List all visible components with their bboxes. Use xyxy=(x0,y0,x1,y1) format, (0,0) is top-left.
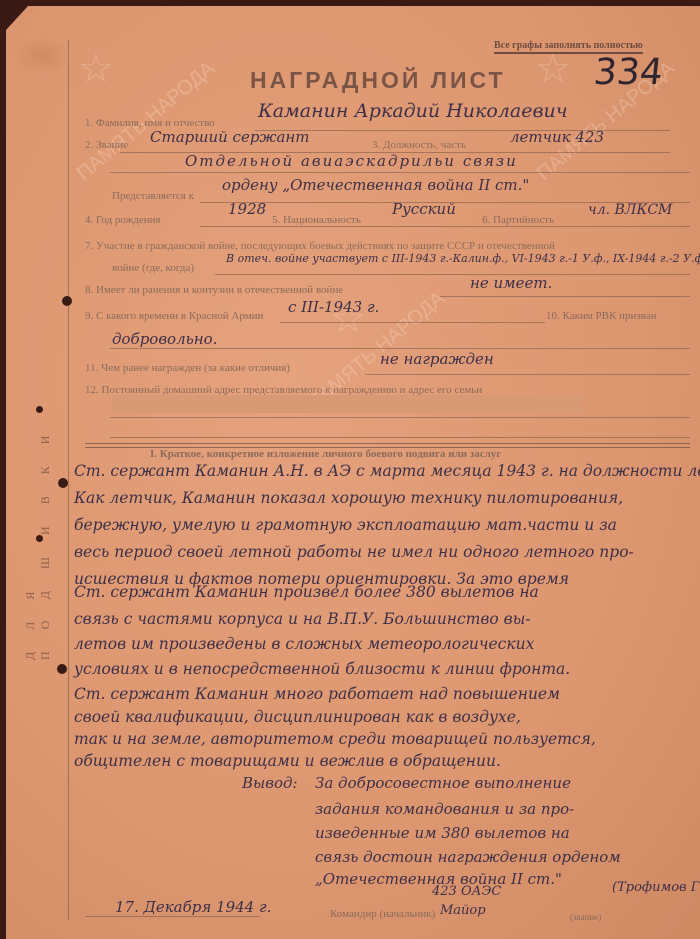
rule xyxy=(110,417,690,418)
field-5-value: Русский xyxy=(392,200,456,218)
field-4-label: 4. Год рождения xyxy=(85,214,161,226)
rule xyxy=(110,348,690,349)
field-11-label: 11. Чем ранее награжден (за какие отличи… xyxy=(85,362,290,374)
field-1-value: Каманин Аркадий Николаевич xyxy=(258,100,568,122)
nominated-label: Представляется к xyxy=(112,190,194,202)
citation-line: весь период своей летной работы не имел … xyxy=(74,543,634,561)
citation-line: Ст. сержант Каманин произвел более 380 в… xyxy=(74,583,539,601)
redacted-address xyxy=(112,395,582,413)
field-6-value: чл. ВЛКСМ xyxy=(588,202,672,218)
field-2-label: 2. Звание xyxy=(85,139,128,151)
binding-hole xyxy=(57,664,67,674)
citation-line: Ст. сержант Каманин А.Н. в АЭ с марта ме… xyxy=(74,462,700,480)
rule xyxy=(440,296,690,297)
citation-line: Ст. сержант Каманин много работает над п… xyxy=(74,685,560,703)
conclusion-line: За добросовестное выполнение xyxy=(315,774,571,792)
field-11-value: не награжден xyxy=(380,350,494,368)
field-7-label: 7. Участие в гражданской войне, последую… xyxy=(85,240,555,252)
watermark-star-icon: ☆ xyxy=(78,45,114,92)
citation-line: связь с частями корпуса и на В.П.У. Боль… xyxy=(74,610,531,628)
field-10-value: добровольно. xyxy=(112,330,217,348)
field-3-value-cont: Отдельной авиаэскадрильи связи xyxy=(185,152,518,170)
citation-line: Как летчик, Каманин показал хорошую техн… xyxy=(74,489,623,507)
paper-stain xyxy=(12,36,72,76)
nominated-value: ордену „Отечественная война II ст." xyxy=(222,176,529,194)
signature-name: (Трофимов Г.) xyxy=(612,880,700,895)
rule xyxy=(110,437,690,438)
field-3-value: летчик 423 xyxy=(510,128,604,146)
conclusion-line: связь достоин награждения орденом xyxy=(315,848,621,866)
rule xyxy=(110,172,690,173)
section-title: I. Краткое, конкретное изложение личного… xyxy=(150,448,501,460)
binding-hole xyxy=(62,296,72,306)
margin-label-text: ДЛЯ ПОДШИВКИ xyxy=(23,440,53,660)
field-9-value: с III-1943 г. xyxy=(288,298,379,316)
document-date: 17. Декабря 1944 г. xyxy=(115,898,271,916)
margin-line xyxy=(68,40,69,920)
citation-line: так и на земле, авторитетом среди товари… xyxy=(74,730,596,748)
rule xyxy=(215,274,690,275)
rule xyxy=(85,916,260,917)
sheet-number: 334 xyxy=(592,52,665,93)
field-8-label: 8. Имеет ли ранения и контузии в отечест… xyxy=(85,284,343,296)
field-4-value: 1928 xyxy=(228,200,266,218)
rule xyxy=(365,374,690,375)
rule xyxy=(200,226,690,227)
conclusion-label: Вывод: xyxy=(242,774,298,792)
citation-line: летов им произведены в сложных метеороло… xyxy=(74,635,534,653)
rule xyxy=(280,322,545,323)
signature-unit: 423 ОАЭС xyxy=(432,884,501,899)
field-2-value: Старший сержант xyxy=(150,128,310,146)
citation-line: общителен с товарищами и вежлив в обраще… xyxy=(74,752,501,770)
binding-hole xyxy=(36,535,43,542)
field-7-value: В отеч. войне участвует с III-1943 г.-Ка… xyxy=(226,252,700,265)
field-7-label-cont: войне (где, когда) xyxy=(112,262,194,274)
field-3-label: 3. Должность, часть xyxy=(372,139,466,151)
field-9-label: 9. С какого времени в Красной Армии xyxy=(85,310,263,322)
signature-rank: Майор xyxy=(440,903,486,918)
binding-hole xyxy=(36,406,43,413)
conclusion-line: изведенные им 380 вылетов на xyxy=(315,824,570,842)
document-title: НАГРАДНОЙ ЛИСТ xyxy=(250,67,506,94)
citation-line: своей квалификации, дисциплинирован как … xyxy=(74,708,521,726)
binding-hole xyxy=(58,478,68,488)
conclusion-line: задания командования и за про- xyxy=(315,800,574,818)
field-5-label: 5. Национальность xyxy=(272,214,361,226)
rule xyxy=(255,130,670,131)
rank-caption: (звание) xyxy=(570,912,601,922)
field-10-label: 10. Каким РВК призван xyxy=(546,310,657,322)
commander-label: Командир (начальник) xyxy=(330,908,435,920)
field-8-value: не имеет. xyxy=(470,274,552,292)
citation-line: условиях и в непосредственной близости к… xyxy=(74,660,570,678)
citation-line: бережную, умелую и грамотную эксплоатаци… xyxy=(74,516,617,534)
field-6-label: 6. Партийность xyxy=(482,214,554,226)
